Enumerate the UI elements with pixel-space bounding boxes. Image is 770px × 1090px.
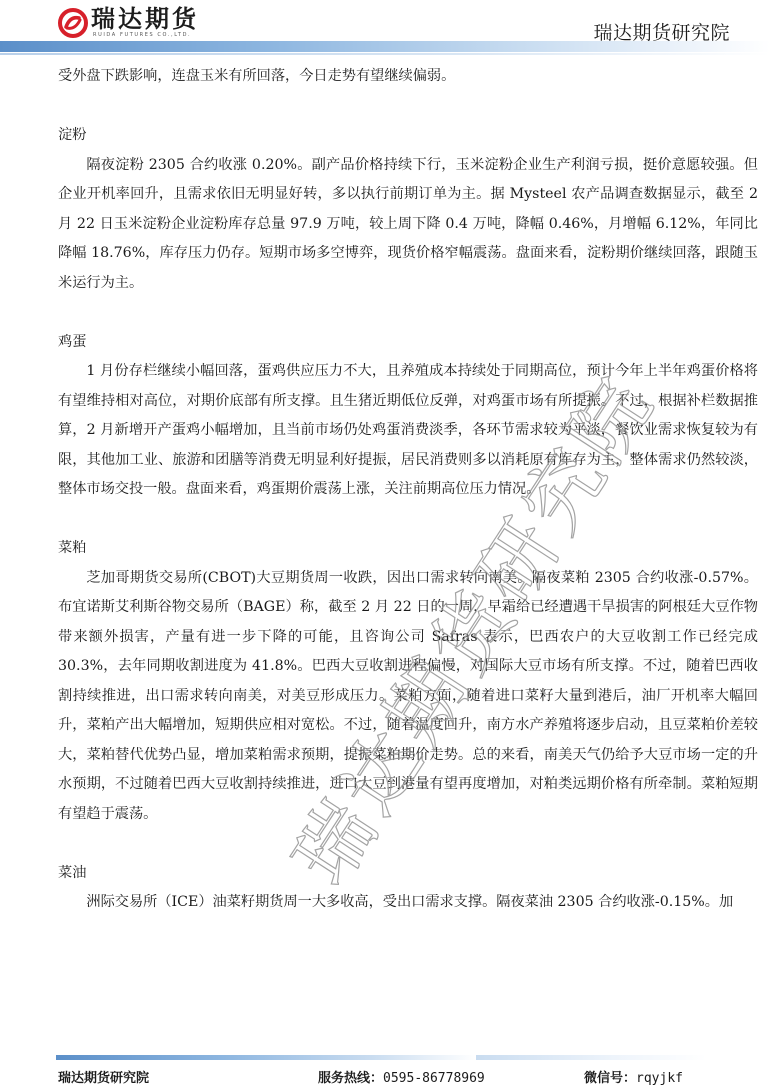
section-body-rapeseed-oil: 洲际交易所（ICE）油菜籽期货周一大多收高，受出口需求支撑。隔夜菜油 2305 …	[58, 888, 758, 918]
logo-chinese-name: 瑞达期货	[91, 6, 199, 32]
section-heading-starch: 淀粉	[58, 121, 758, 151]
section-heading-egg: 鸡蛋	[58, 328, 758, 358]
footer-gradient-bar	[56, 1055, 476, 1060]
page-header: 瑞达期货 RUIDA FUTURES CO.,LTD. 瑞达期货研究院	[0, 0, 770, 60]
ruida-logo-icon	[58, 8, 88, 38]
page-footer: 瑞达期货研究院 服务热线：0595-86778969 微信号：rqyjkf	[56, 1067, 756, 1087]
wechat-label: 微信号：	[584, 1071, 636, 1086]
section-body-starch: 隔夜淀粉 2305 合约收涨 0.20%。副产品价格持续下行，玉米淀粉企业生产利…	[58, 151, 758, 299]
section-body-egg: 1 月份存栏继续小幅回落，蛋鸡供应压力不大，且养殖成本持续处于同期高位，预计今年…	[58, 357, 758, 505]
logo-english-name: RUIDA FUTURES CO.,LTD.	[93, 32, 199, 39]
intro-paragraph: 受外盘下跌影响，连盘玉米有所回落，今日走势有望继续偏弱。	[58, 62, 758, 92]
document-body: 受外盘下跌影响，连盘玉米有所回落，今日走势有望继续偏弱。 淀粉 隔夜淀粉 230…	[58, 62, 758, 918]
wechat-id: rqyjkf	[636, 1071, 683, 1086]
company-logo: 瑞达期货 RUIDA FUTURES CO.,LTD.	[58, 6, 199, 42]
section-heading-rapeseed-oil: 菜油	[58, 859, 758, 889]
footer-org-name: 瑞达期货研究院	[58, 1067, 149, 1086]
hotline-label: 服务热线：	[318, 1071, 383, 1086]
footer-hotline: 服务热线：0595-86778969	[318, 1067, 485, 1086]
section-body-rapeseed-meal: 芝加哥期货交易所(CBOT)大豆期货周一收跌，因出口需求转向南美。隔夜菜粕 23…	[58, 564, 758, 830]
hotline-number: 0595-86778969	[383, 1071, 485, 1086]
header-divider	[0, 53, 770, 55]
footer-wechat: 微信号：rqyjkf	[584, 1067, 683, 1086]
header-gradient-bar	[0, 41, 770, 52]
footer-gradient-bar-fade	[476, 1055, 706, 1060]
section-heading-rapeseed-meal: 菜粕	[58, 534, 758, 564]
